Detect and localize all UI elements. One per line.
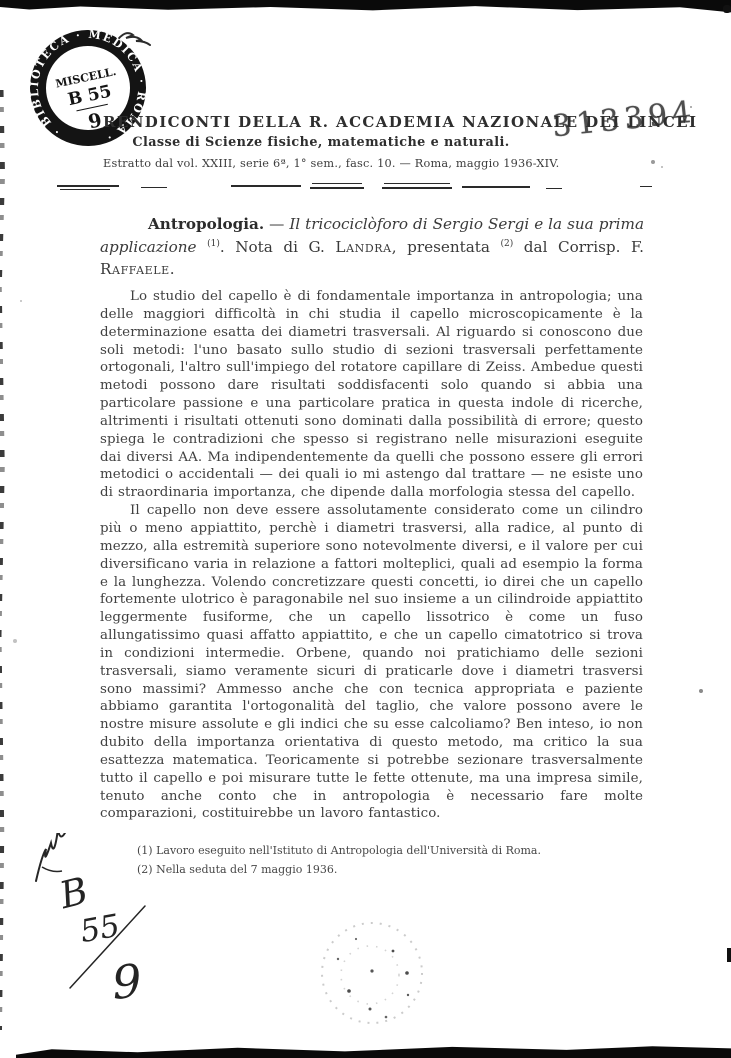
paragraph-2: Il capello non deve essere assolutamente… [100, 502, 643, 823]
handwritten-number-55: 55 [78, 908, 123, 950]
footnote-ref-1: (1) [207, 239, 220, 249]
footnote-ref-2: (2) [501, 239, 514, 249]
title-mid3: dal Corrisp. F. [513, 238, 644, 256]
presenter-name: Raffaele [100, 260, 170, 278]
handwritten-number-9: 9 [110, 954, 143, 1010]
article-body: Lo studio del capello è di fondamentale … [100, 288, 643, 823]
scan-edge-top [0, 0, 731, 14]
scan-noise-specks [0, 0, 2, 2]
journal-issue-line: Estratto dal vol. XXIII, serie 6ª, 1° se… [103, 157, 539, 170]
journal-header: RENDICONTI DELLA R. ACCADEMIA NAZIONALE … [103, 113, 539, 170]
footnote-1: (1) Lavoro eseguito nell'Istituto di Ant… [137, 842, 615, 861]
title-mid: . Nota di G. [220, 238, 336, 256]
title-mid2: , presentata [392, 238, 501, 256]
handwritten-letter-b: B [54, 869, 92, 918]
title-dash: — [264, 215, 289, 233]
faint-stamp-icon [308, 913, 438, 1038]
journal-class: Classe di Scienze fisiche, matematiche e… [103, 135, 539, 150]
title-end: . [170, 260, 175, 278]
footnote-2: (2) Nella seduta del 7 maggio 1936. [137, 861, 615, 880]
handwritten-shelfmark: B 55 9 [28, 833, 198, 1018]
section-label: Antropologia. [148, 215, 264, 233]
footnotes: (1) Lavoro eseguito nell'Istituto di Ant… [137, 842, 615, 879]
article-title: Antropologia. — Il tricociclòforo di Ser… [100, 213, 644, 281]
author-name: Landra [335, 238, 391, 256]
scan-edge-bottom [16, 1043, 731, 1058]
header-rule [0, 183, 731, 191]
journal-title: RENDICONTI DELLA R. ACCADEMIA NAZIONALE … [103, 113, 539, 131]
paragraph-1: Lo studio del capello è di fondamentale … [100, 288, 643, 502]
scan-edge-left [0, 90, 5, 1030]
scanned-page: · BIBLIOTECA · MEDICA · ROMA · MISCELL. … [0, 0, 731, 1058]
scan-edge-right-mark [727, 948, 731, 962]
